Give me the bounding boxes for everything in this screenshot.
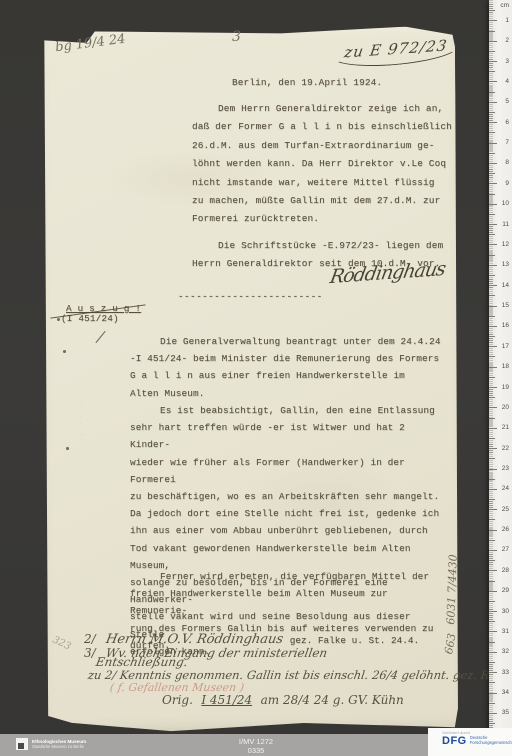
ruler-half-cm-tick [489, 71, 495, 72]
typed-line: Da jedoch dort eine Stelle nicht frei is… [130, 505, 442, 522]
typed-line: Alten Museum. [130, 385, 442, 402]
ruler-number: 24 [502, 485, 509, 492]
blind-stamp: ·············· [76, 343, 91, 493]
ruler-cm-tick [489, 20, 497, 21]
ruler-half-cm-tick [489, 621, 495, 622]
typed-line: Die Generalverwaltung beantragt unter de… [130, 333, 442, 350]
punch-hole [66, 447, 69, 450]
ruler-cm-tick [489, 509, 497, 510]
ruler-cm-tick [489, 61, 497, 62]
ruler-half-cm-tick [489, 336, 495, 337]
ruler-cm-tick [489, 204, 497, 205]
ruler-number: 23 [502, 465, 509, 472]
ruler-number: 5 [505, 98, 509, 105]
ruler-cm-tick [489, 672, 497, 673]
typed-line: Formerei zurücktreten. [192, 210, 464, 228]
ruler-half-cm-tick [489, 723, 495, 724]
ruler-half-cm-tick [489, 112, 495, 113]
ruler-cm-tick [489, 591, 497, 592]
handnote-reference-underlined: I 451/24 [201, 693, 252, 707]
ruler-number: 28 [502, 567, 509, 574]
ruler-cm-tick [489, 224, 497, 225]
ruler-number: 11 [502, 221, 509, 228]
ruler-number: 25 [502, 506, 509, 513]
ruler-number: 19 [502, 384, 509, 391]
dfg-name-line2: Forschungsgemeinschaft [470, 741, 512, 746]
ruler-cm-tick [489, 346, 497, 347]
ruler-number: 3 [505, 58, 509, 65]
ruler-half-cm-tick [489, 540, 495, 541]
ruler-number: 14 [502, 282, 509, 289]
ruler-number: 31 [502, 628, 509, 635]
typed-line: nicht imstande war, weitere Mittel flüss… [192, 174, 464, 192]
typed-line: wieder wie früher als Former (Handwerker… [130, 454, 442, 488]
ruler-half-cm-tick [489, 581, 495, 582]
ruler-half-cm-tick [489, 499, 495, 500]
ruler-number: 33 [502, 669, 509, 676]
ruler-cm-tick [489, 285, 497, 286]
ruler-cm-tick [489, 265, 497, 266]
ruler-number: 29 [502, 587, 509, 594]
page-number: 3 [232, 29, 241, 45]
ruler-half-cm-tick [489, 10, 495, 11]
ruler-half-cm-tick [489, 51, 495, 52]
typed-line: ihn aus einer vom Abbau unberührt geblie… [130, 522, 442, 539]
ruler-cm-tick [489, 530, 497, 531]
punch-hole [63, 350, 66, 353]
ruler-cm-tick [489, 81, 497, 82]
ruler-number: 22 [502, 445, 509, 452]
typed-line: daß der Former G a l l i n bis einschlie… [192, 118, 464, 136]
ruler-cm-tick [489, 713, 497, 714]
ruler-number: 32 [502, 648, 509, 655]
ruler-cm-tick [489, 469, 497, 470]
ruler-half-cm-tick [489, 418, 495, 419]
ruler-unit-label: cm [500, 2, 509, 9]
ruler-cm-tick [489, 367, 497, 368]
ruler-cm-tick [489, 693, 497, 694]
ruler-number: 26 [502, 526, 509, 533]
ruler-half-cm-tick [489, 703, 495, 704]
typed-line: Es ist beabsichtigt, Gallin, den eine En… [130, 402, 442, 419]
typed-line: G a l l i n aus einer freien Handwerkers… [130, 367, 442, 384]
ruler-half-cm-tick [489, 194, 495, 195]
ruler-half-cm-tick [489, 92, 495, 93]
ruler-number: 12 [502, 241, 509, 248]
ruler-cm-tick [489, 183, 497, 184]
typed-line: Dem Herrn Generaldirektor zeige ich an, [192, 100, 464, 118]
ruler-half-cm-tick [489, 438, 495, 439]
letter-paragraph-1: Dem Herrn Generaldirektor zeige ich an, … [192, 100, 464, 229]
ruler-half-cm-tick [489, 173, 495, 174]
ruler-cm-tick [489, 489, 497, 490]
typed-line: sehr hart treffen würde -er ist Witwer u… [130, 419, 442, 453]
ruler-half-cm-tick [489, 356, 495, 357]
dfg-acronym: DFG [442, 735, 467, 747]
dateline: Berlin, den 19.April 1924. [232, 74, 382, 92]
ruler-cm-tick [489, 244, 497, 245]
ruler-half-cm-tick [489, 479, 495, 480]
ruler-half-cm-tick [489, 519, 495, 520]
ruler-half-cm-tick [489, 642, 495, 643]
typed-line: zu machen, müßte Gallin mit dem 27.d.M. … [192, 192, 464, 210]
ruler-half-cm-tick [489, 560, 495, 561]
ruler-number: 20 [502, 404, 509, 411]
ruler-cm-tick [489, 570, 497, 571]
separator-dashes: ------------------------ [178, 288, 323, 306]
ruler-cm-tick [489, 41, 497, 42]
ruler-number: 16 [502, 322, 509, 329]
ruler-half-cm-tick [489, 682, 495, 683]
ruler-number: 18 [502, 363, 509, 370]
ruler-half-cm-tick [489, 662, 495, 663]
punch-hole [57, 318, 60, 321]
ruler-number: 2 [505, 37, 509, 44]
ruler-half-cm-tick [489, 397, 495, 398]
handnote-zu2: zu 2/ Kenntnis genommen. Gallin ist bis … [87, 668, 461, 682]
ruler-cm-tick [489, 306, 497, 307]
ruler-number: 13 [502, 261, 509, 268]
letter-paragraph-3: Die Generalverwaltung beantragt unter de… [130, 333, 442, 402]
ruler-number: 10 [502, 200, 509, 207]
ruler-number: 27 [502, 546, 509, 553]
typed-line: Die Schriftstücke -E.972/23- liegen dem [192, 237, 464, 255]
typed-line: zu beschäftigen, wo es an Arbeitskräften… [130, 488, 442, 505]
ruler-cm-tick [489, 652, 497, 653]
ruler-cm-tick [489, 143, 497, 144]
ruler-half-cm-tick [489, 316, 495, 317]
typed-line: Ferner wird erbeten, die verfügbaren Mit… [130, 568, 442, 585]
ruler-cm-tick [489, 611, 497, 612]
ruler-number: 17 [502, 343, 509, 350]
ruler-number: 21 [502, 424, 509, 431]
handnote-number: 3/ [84, 646, 96, 660]
handnote-text: am 28/4 24 g. GV. Kühn [261, 693, 404, 707]
typed-line: freien Handwerkerstelle beim Alten Museu… [130, 585, 442, 619]
ruler-number: 8 [505, 159, 509, 166]
ruler-cm-tick [489, 326, 497, 327]
footer-bar: Ethnologisches Museum Staatliche Museen … [0, 734, 512, 756]
ruler-cm-tick [489, 163, 497, 164]
ruler-cm-tick [489, 122, 497, 123]
ruler: cm12345678910111213141516171819202122232… [489, 0, 512, 733]
ruler-number: 15 [502, 302, 509, 309]
ruler-number: 7 [505, 139, 509, 146]
ruler-cm-tick [489, 387, 497, 388]
handnote-orig: Orig. I 451/24 am 28/4 24 g. GV. Kühn [162, 691, 404, 709]
handnote-3-continued: Entschließung. [95, 655, 189, 669]
scan-background: ·············· bg 19/4 24 3 zu E 972/23 … [0, 0, 512, 756]
ruler-number: 30 [502, 608, 509, 615]
ruler-half-cm-tick [489, 601, 495, 602]
ruler-half-cm-tick [489, 275, 495, 276]
ruler-half-cm-tick [489, 214, 495, 215]
ruler-cm-tick [489, 428, 497, 429]
ruler-half-cm-tick [489, 295, 495, 296]
ruler-cm-tick [489, 631, 497, 632]
ruler-number: 9 [505, 180, 509, 187]
ruler-cm-tick [489, 550, 497, 551]
ruler-half-cm-tick [489, 458, 495, 459]
typed-line: -I 451/24- beim Minister die Remunerieru… [130, 350, 442, 367]
ruler-number: 35 [502, 709, 509, 716]
dfg-logo: Gefördert durch DFG Deutsche Forschungsg… [428, 728, 512, 756]
typed-line: 26.d.M. aus dem Turfan-Extraordinarium g… [192, 137, 464, 155]
ruler-half-cm-tick [489, 255, 495, 256]
ruler-half-cm-tick [489, 377, 495, 378]
handnote-text: Orig. [162, 693, 193, 707]
ruler-cm-tick [489, 102, 497, 103]
ruler-number: 4 [505, 78, 509, 85]
ruler-number: 1 [505, 17, 509, 24]
dfg-full-name: Deutsche Forschungsgemeinschaft [470, 736, 512, 746]
ruler-half-cm-tick [489, 31, 495, 32]
ruler-half-cm-tick [489, 234, 495, 235]
typed-line: löhnt werden kann. Da Herr Direktor v.Le… [192, 155, 464, 173]
ruler-half-cm-tick [489, 153, 495, 154]
ruler-half-cm-tick [489, 132, 495, 133]
ruler-number: 6 [505, 119, 509, 126]
ruler-cm-tick [489, 407, 497, 408]
ruler-number: 34 [502, 689, 509, 696]
ruler-cm-tick [489, 448, 497, 449]
